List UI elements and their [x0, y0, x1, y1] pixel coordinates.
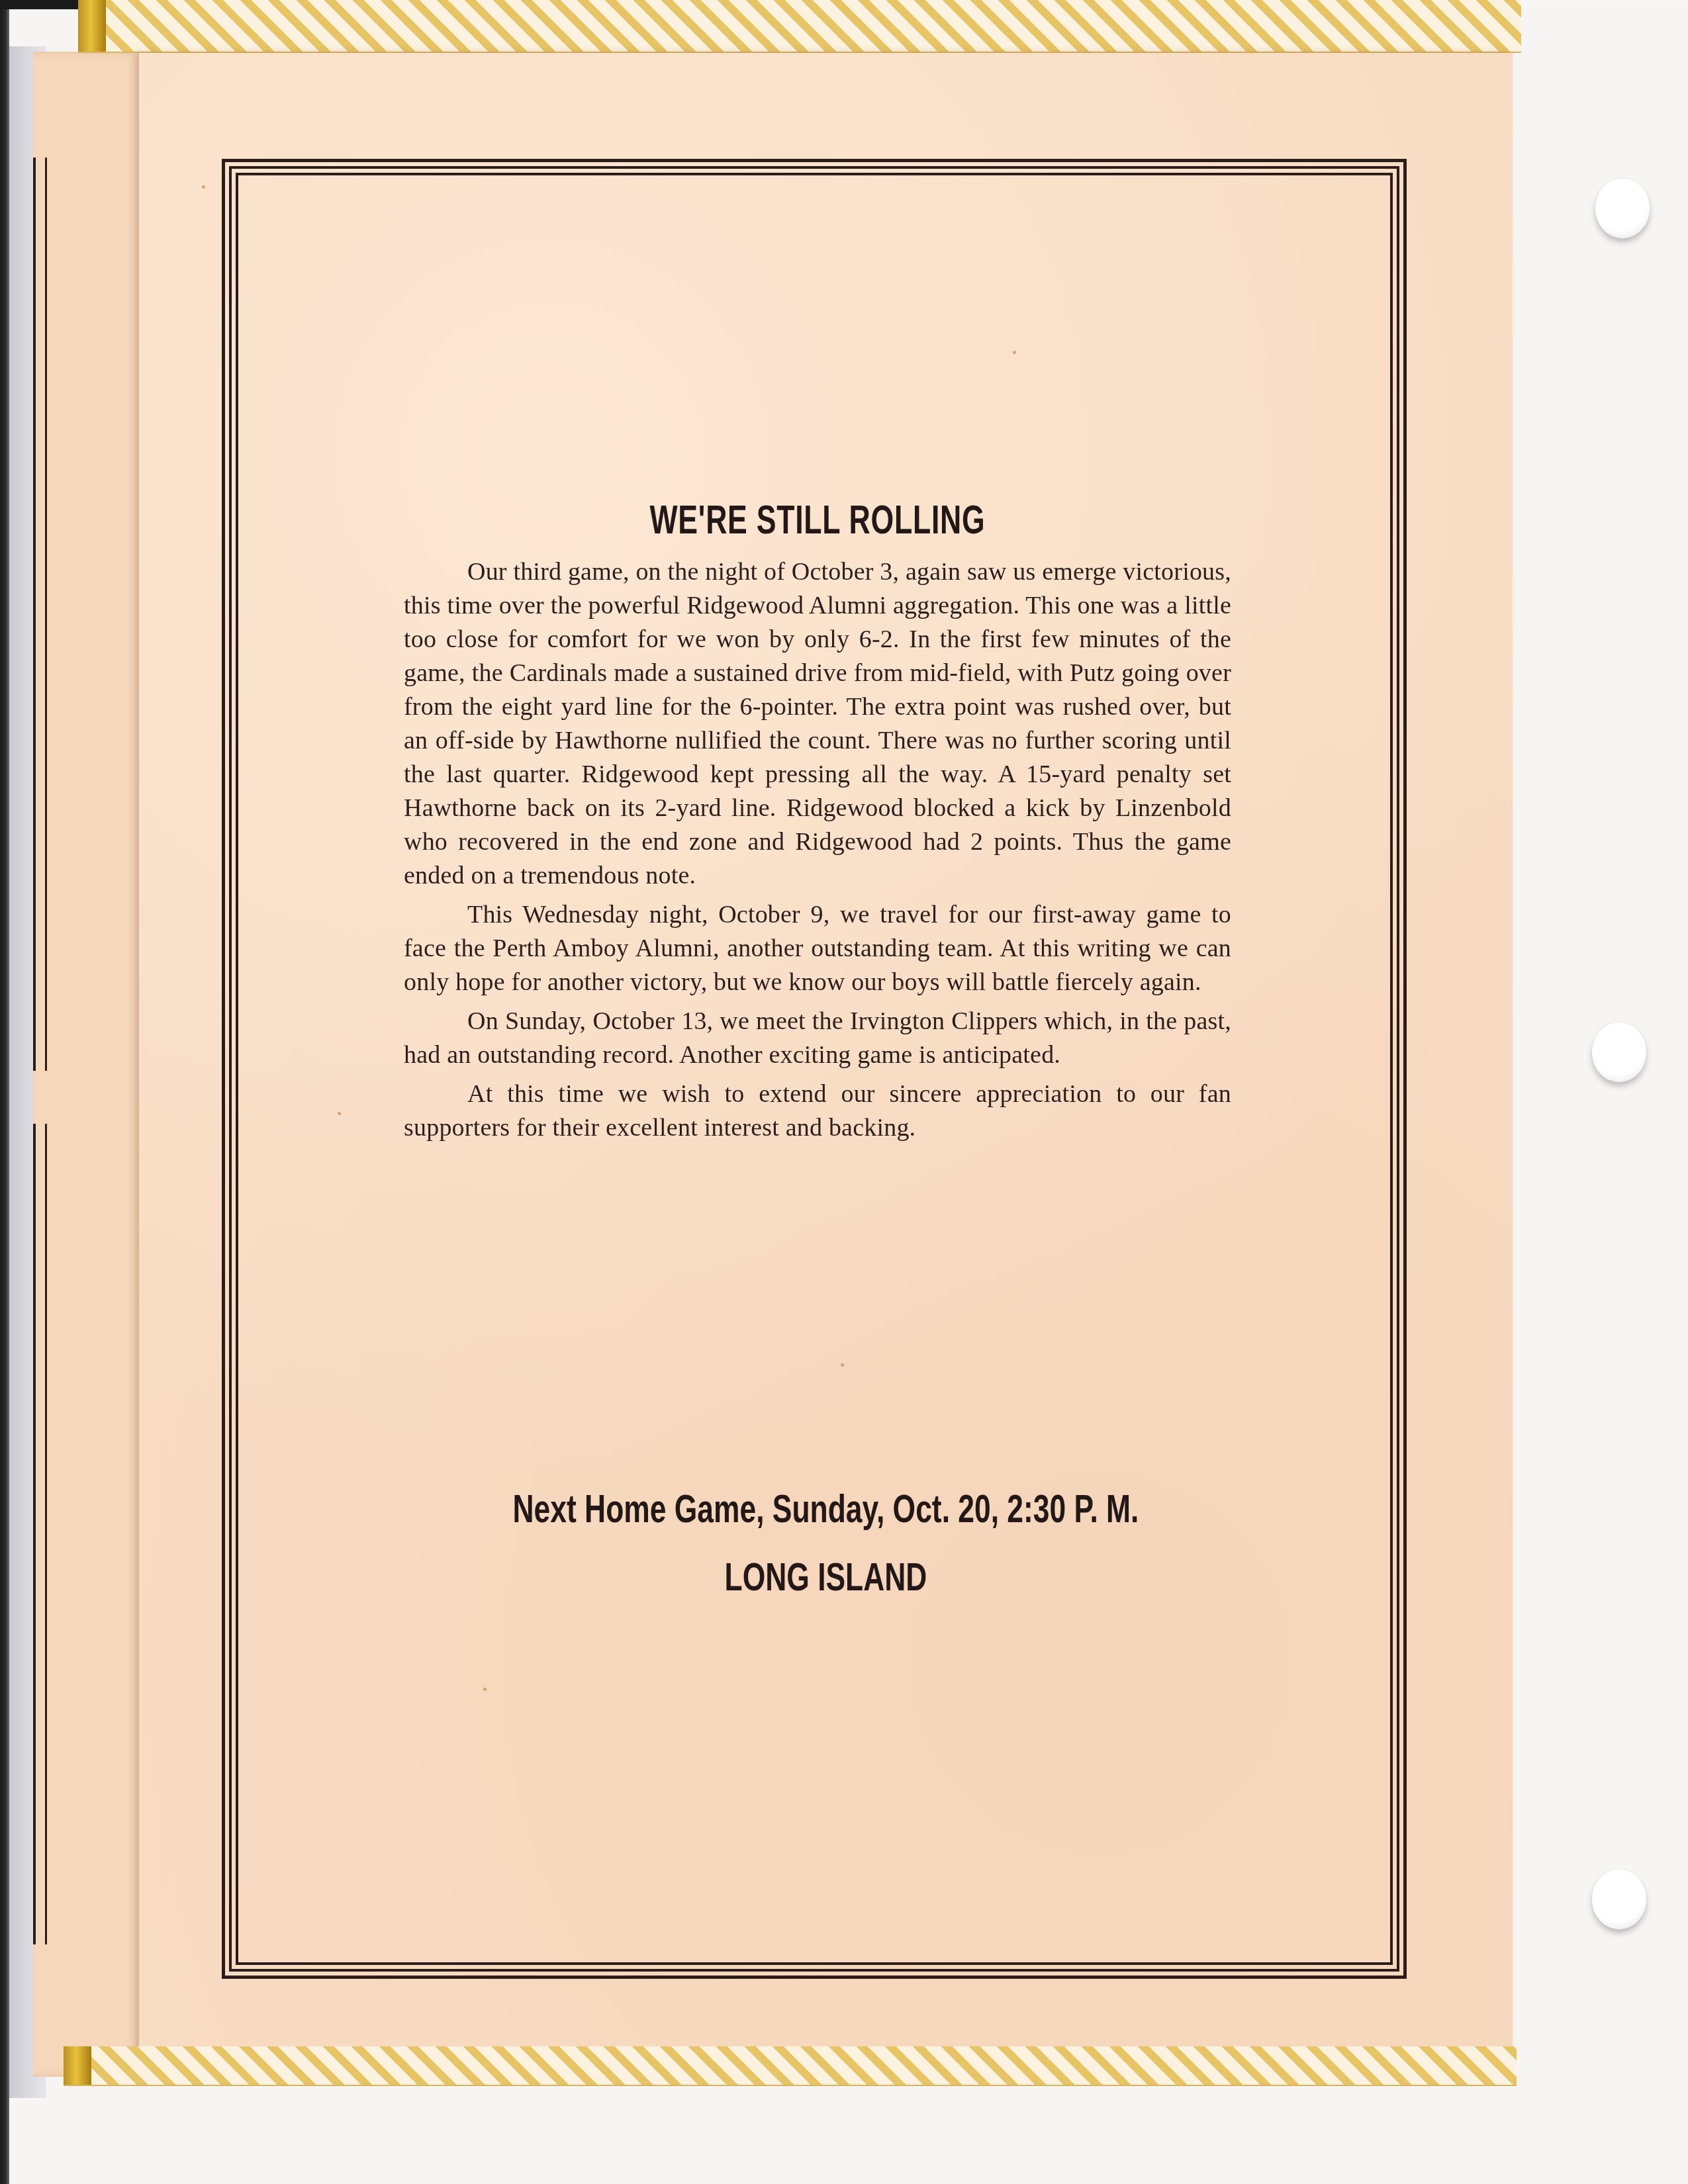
- striped-tape-bottom: [64, 2046, 1517, 2086]
- article: WE'RE STILL ROLLING Our third game, on t…: [404, 496, 1231, 1150]
- next-game-opponent: LONG ISLAND: [318, 1554, 1335, 1600]
- gold-tape-end: [78, 0, 106, 52]
- binder-hole-top: [1595, 179, 1650, 238]
- gold-tape-end: [64, 2046, 91, 2085]
- paragraph-game-recap: Our third game, on the night of October …: [404, 555, 1231, 893]
- paragraph-perth-amboy: This Wednesday night, October 9, we trav…: [404, 898, 1231, 999]
- paragraph-appreciation: At this time we wish to extend our since…: [404, 1077, 1231, 1145]
- binder-hole-bottom: [1592, 1870, 1646, 1929]
- paragraph-irvington: On Sunday, October 13, we meet the Irvin…: [404, 1005, 1231, 1072]
- scanner-edge: [0, 0, 9, 2184]
- next-game-date: Next Home Game, Sunday, Oct. 20, 2:30 P.…: [318, 1486, 1335, 1531]
- scanner-edge-top: [0, 0, 86, 9]
- next-home-game-notice: Next Home Game, Sunday, Oct. 20, 2:30 P.…: [139, 1486, 1513, 1600]
- article-body: Our third game, on the night of October …: [404, 555, 1231, 1145]
- article-headline: WE'RE STILL ROLLING: [520, 496, 1115, 543]
- program-page: WE'RE STILL ROLLING Our third game, on t…: [139, 53, 1513, 2065]
- previous-page-border-lower: [33, 1124, 47, 1944]
- binder-hole-middle: [1592, 1023, 1646, 1082]
- previous-page-border-upper: [33, 158, 47, 1071]
- striped-tape-top: [78, 0, 1521, 53]
